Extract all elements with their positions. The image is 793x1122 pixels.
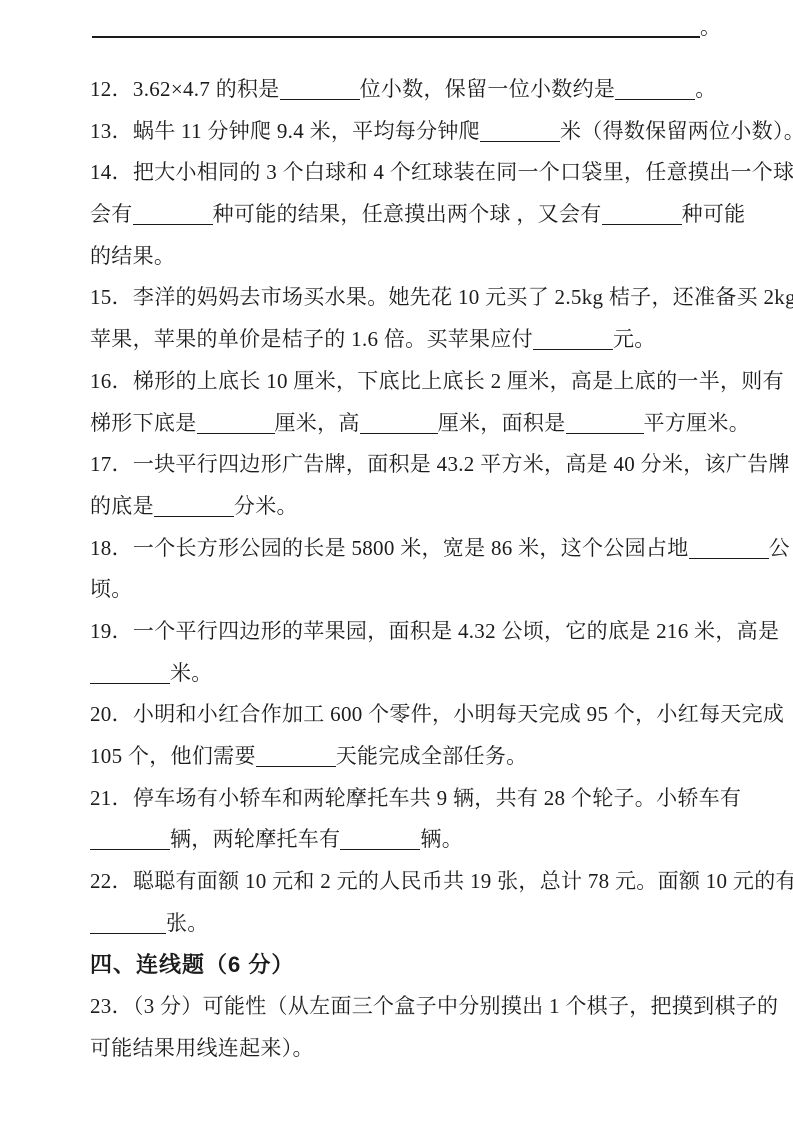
question-text: 20．小明和小红合作加工 600 个零件，小明每天完成 95 个，小红每天完成 (90, 702, 784, 726)
question-line: 23．（3 分）可能性（从左面三个盒子中分别摸出 1 个棋子，把摸到棋子的 (90, 986, 710, 1028)
question-text: 分米。 (234, 494, 298, 518)
worksheet-page: 。 12．3.62×4.7 的积是位小数，保留一位小数约是。13．蜗牛 11 分… (0, 0, 793, 1122)
question-line: 辆，两轮摩托车有辆。 (90, 819, 710, 861)
question-text: 23．（3 分）可能性（从左面三个盒子中分别摸出 1 个棋子，把摸到棋子的 (90, 994, 778, 1018)
question-line: 梯形下底是厘米，高厘米，面积是平方厘米。 (90, 403, 710, 445)
question-line: 的底是分米。 (90, 486, 710, 528)
answer-blank (90, 834, 170, 850)
question-text: 米（得数保留两位小数）。 (560, 119, 793, 143)
answer-blank (256, 751, 336, 767)
question-text: 厘米，面积是 (438, 411, 566, 435)
question-line: 17．一块平行四边形广告牌，面积是 43.2 平方米，高是 40 分米，该广告牌 (90, 444, 710, 486)
answer-blank (133, 209, 213, 225)
question-line: 13．蜗牛 11 分钟爬 9.4 米，平均每分钟爬米（得数保留两位小数）。 (90, 111, 710, 153)
question-text: 会有 (90, 202, 133, 226)
section-heading-4: 四、连线题（6 分） (90, 944, 710, 986)
question-text: 可能结果用线连起来）。 (90, 1036, 314, 1060)
question-text: 种可能的结果，任意摸出两个球 ，又会有 (213, 202, 602, 226)
question-text: 平方厘米。 (644, 411, 751, 435)
question-14: 14．把大小相同的 3 个白球和 4 个红球装在同一个口袋里，任意摸出一个球，会… (90, 152, 710, 277)
answer-blank (197, 418, 275, 434)
answer-blank (615, 84, 695, 100)
question-21: 21．停车场有小轿车和两轮摩托车共 9 辆，共有 28 个轮子。小轿车有辆，两轮… (90, 778, 710, 861)
question-18: 18．一个长方形公园的长是 5800 米，宽是 86 米，这个公园占地公顷。 (90, 528, 710, 611)
question-17: 17．一块平行四边形广告牌，面积是 43.2 平方米，高是 40 分米，该广告牌… (90, 444, 710, 527)
question-text: 米。 (170, 661, 213, 685)
answer-blank (280, 84, 360, 100)
question-text: 22．聪聪有面额 10 元和 2 元的人民币共 19 张，总计 78 元。面额 … (90, 869, 793, 893)
question-text: 16．梯形的上底长 10 厘米，下底比上底长 2 厘米，高是上底的一半，则有 (90, 369, 784, 393)
question-text: 14．把大小相同的 3 个白球和 4 个红球装在同一个口袋里，任意摸出一个球， (90, 160, 793, 184)
questions-area: 12．3.62×4.7 的积是位小数，保留一位小数约是。13．蜗牛 11 分钟爬… (90, 69, 710, 1070)
question-line: 的结果。 (90, 236, 710, 278)
sentence-end-punctuation: 。 (700, 15, 721, 39)
question-text: 公 (769, 536, 790, 560)
question-line: 会有种可能的结果，任意摸出两个球 ，又会有种可能 (90, 194, 710, 236)
question-20: 20．小明和小红合作加工 600 个零件，小明每天完成 95 个，小红每天完成1… (90, 694, 710, 777)
answer-blank (360, 418, 438, 434)
question-13: 13．蜗牛 11 分钟爬 9.4 米，平均每分钟爬米（得数保留两位小数）。 (90, 111, 710, 153)
question-line: 14．把大小相同的 3 个白球和 4 个红球装在同一个口袋里，任意摸出一个球， (90, 152, 710, 194)
previous-question-answer-line: 。 (92, 6, 721, 48)
question-line: 15．李洋的妈妈去市场买水果。她先花 10 元买了 2.5kg 桔子，还准备买 … (90, 277, 710, 319)
question-line: 16．梯形的上底长 10 厘米，下底比上底长 2 厘米，高是上底的一半，则有 (90, 361, 710, 403)
question-12: 12．3.62×4.7 的积是位小数，保留一位小数约是。 (90, 69, 710, 111)
question-line: 22．聪聪有面额 10 元和 2 元的人民币共 19 张，总计 78 元。面额 … (90, 861, 710, 903)
question-text: 的底是 (90, 494, 154, 518)
answer-blank (566, 418, 644, 434)
question-line: 12．3.62×4.7 的积是位小数，保留一位小数约是。 (90, 69, 710, 111)
question-text: 张。 (166, 911, 209, 935)
answer-blank (533, 334, 613, 350)
question-23: 23．（3 分）可能性（从左面三个盒子中分别摸出 1 个棋子，把摸到棋子的可能结… (90, 986, 710, 1069)
question-text: 苹果，苹果的单价是桔子的 1.6 倍。买苹果应付 (90, 327, 533, 351)
question-text: 12．3.62×4.7 的积是 (90, 77, 280, 101)
answer-blank (480, 126, 560, 142)
answer-blank (154, 501, 234, 517)
question-text: 的结果。 (90, 244, 175, 268)
answer-blank (340, 834, 420, 850)
question-line: 20．小明和小红合作加工 600 个零件，小明每天完成 95 个，小红每天完成 (90, 694, 710, 736)
question-text: 17．一块平行四边形广告牌，面积是 43.2 平方米，高是 40 分米，该广告牌 (90, 452, 790, 476)
question-16: 16．梯形的上底长 10 厘米，下底比上底长 2 厘米，高是上底的一半，则有梯形… (90, 361, 710, 444)
question-line: 18．一个长方形公园的长是 5800 米，宽是 86 米，这个公园占地公 (90, 528, 710, 570)
question-text: 辆。 (420, 827, 463, 851)
question-text: 位小数，保留一位小数约是 (360, 77, 616, 101)
answer-blank (92, 21, 700, 38)
question-line: 顷。 (90, 569, 710, 611)
question-text: 辆，两轮摩托车有 (170, 827, 340, 851)
question-text: 梯形下底是 (90, 411, 197, 435)
question-text: 顷。 (90, 577, 133, 601)
question-line: 米。 (90, 653, 710, 695)
question-text: 天能完成全部任务。 (336, 744, 528, 768)
question-text: 18．一个长方形公园的长是 5800 米，宽是 86 米，这个公园占地 (90, 536, 689, 560)
answer-blank (90, 918, 166, 934)
answer-blank (689, 543, 769, 559)
question-text: 厘米，高 (275, 411, 360, 435)
question-15: 15．李洋的妈妈去市场买水果。她先花 10 元买了 2.5kg 桔子，还准备买 … (90, 277, 710, 360)
question-text: 105 个，他们需要 (90, 744, 256, 768)
question-text: 21．停车场有小轿车和两轮摩托车共 9 辆，共有 28 个轮子。小轿车有 (90, 786, 741, 810)
question-19: 19．一个平行四边形的苹果园，面积是 4.32 公顷，它的底是 216 米，高是… (90, 611, 710, 694)
question-text: 种可能 (682, 202, 746, 226)
question-line: 19．一个平行四边形的苹果园，面积是 4.32 公顷，它的底是 216 米，高是 (90, 611, 710, 653)
question-text: 元。 (613, 327, 656, 351)
question-22: 22．聪聪有面额 10 元和 2 元的人民币共 19 张，总计 78 元。面额 … (90, 861, 710, 944)
answer-blank (602, 209, 682, 225)
question-text: 13．蜗牛 11 分钟爬 9.4 米，平均每分钟爬 (90, 119, 480, 143)
question-line: 21．停车场有小轿车和两轮摩托车共 9 辆，共有 28 个轮子。小轿车有 (90, 778, 710, 820)
question-line: 苹果，苹果的单价是桔子的 1.6 倍。买苹果应付元。 (90, 319, 710, 361)
question-line: 张。 (90, 903, 710, 945)
question-line: 105 个，他们需要天能完成全部任务。 (90, 736, 710, 778)
question-line: 可能结果用线连起来）。 (90, 1028, 710, 1070)
question-text: 19．一个平行四边形的苹果园，面积是 4.32 公顷，它的底是 216 米，高是 (90, 619, 779, 643)
question-text: 15．李洋的妈妈去市场买水果。她先花 10 元买了 2.5kg 桔子，还准备买 … (90, 285, 793, 309)
answer-blank (90, 668, 170, 684)
question-text: 。 (695, 77, 716, 101)
